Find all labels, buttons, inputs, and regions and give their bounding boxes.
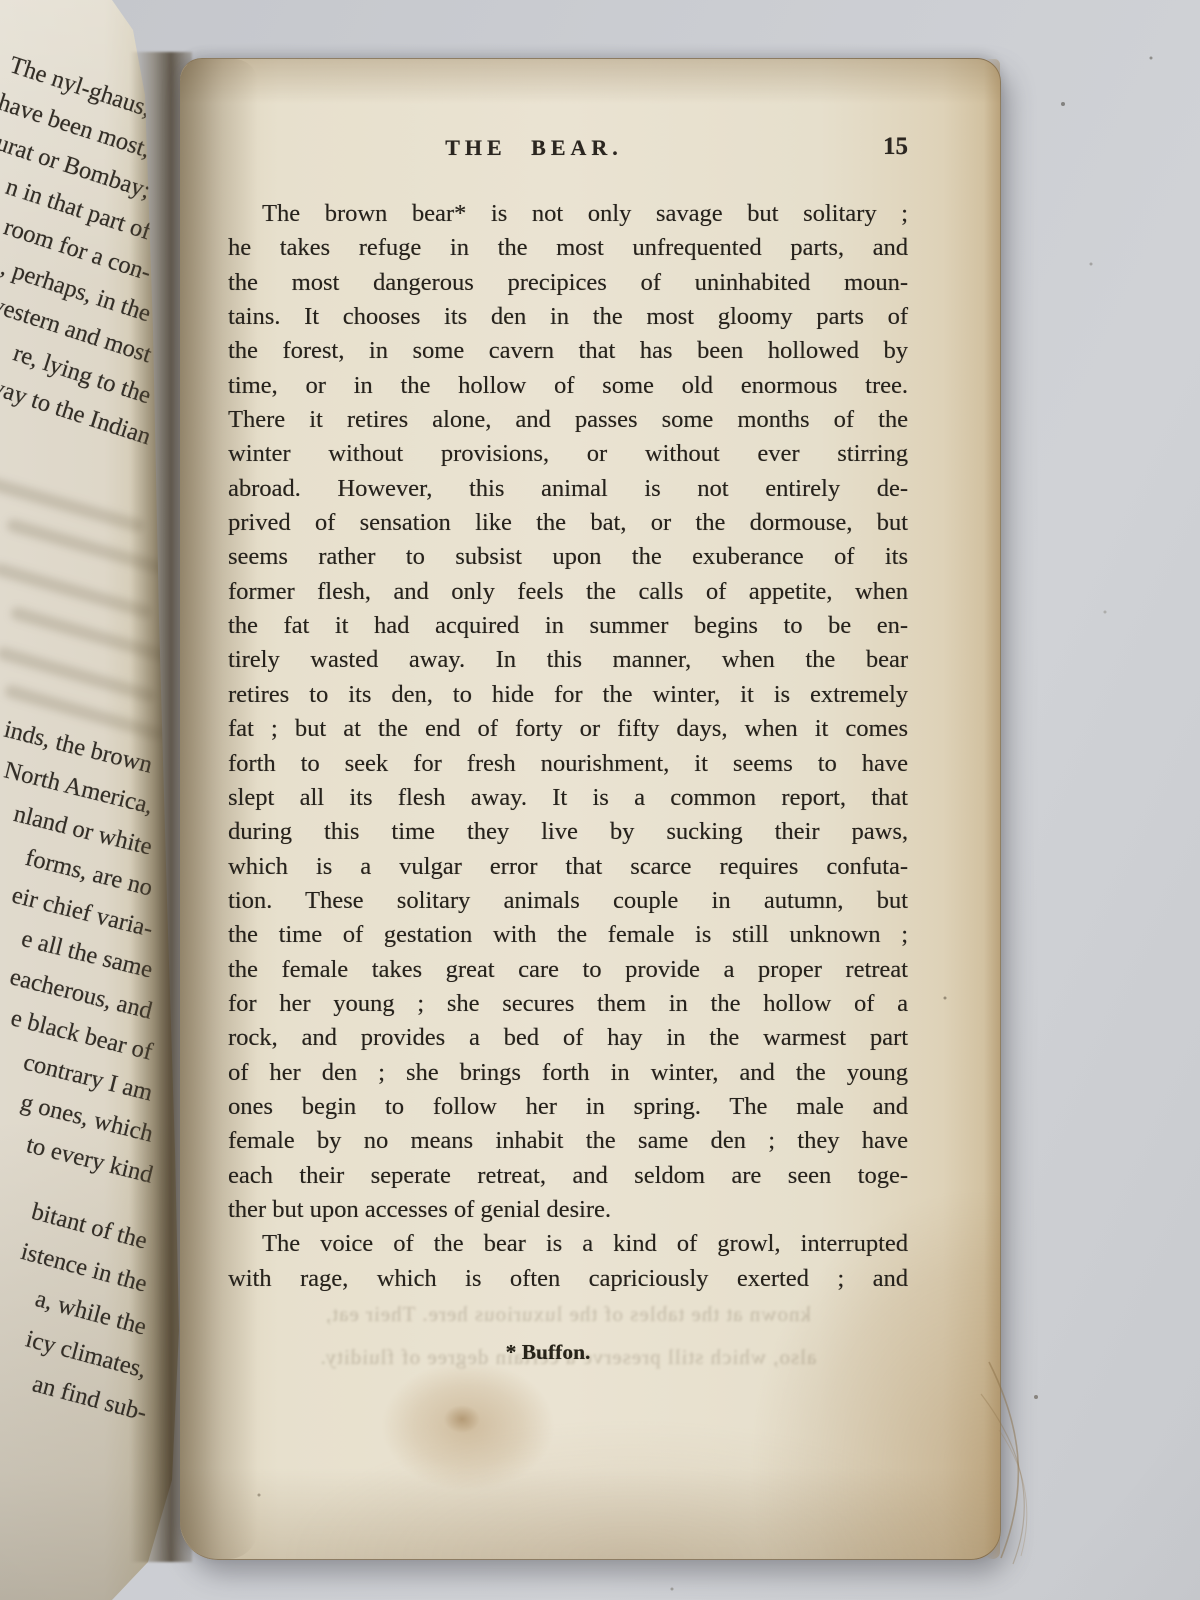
text-line: tains. It chooses its den in the most gl…: [228, 300, 908, 334]
text-line: for her young ; she secures them in the …: [228, 987, 908, 1021]
text-line: the most dangerous precipices of uninhab…: [228, 266, 908, 300]
right-book-page: THE BEAR. 15 The brown bear* is not only…: [180, 58, 1001, 1560]
text-line: The brown bear* is not only savage but s…: [228, 197, 908, 231]
text-line: tion. These solitary animals couple in a…: [228, 884, 908, 918]
body-text: The brown bear* is not only savage but s…: [228, 197, 908, 1296]
text-line: each their seperate retreat, and seldom …: [228, 1159, 908, 1193]
text-line: ther but upon accesses of genial desire.: [228, 1193, 908, 1227]
text-line: the fat it had acquired in summer begins…: [228, 609, 908, 643]
text-line: the time of gestation with the female is…: [228, 918, 908, 952]
text-line: former flesh, and only feels the calls o…: [228, 575, 908, 609]
text-line: abroad. However, this animal is not enti…: [228, 472, 908, 506]
text-line: prived of sensation like the bat, or the…: [228, 506, 908, 540]
text-line: retires to its den, to hide for the wint…: [228, 678, 908, 712]
text-line: slept all its flesh away. It is a common…: [228, 781, 908, 815]
text-line: fat ; but at the end of forty or fifty d…: [228, 712, 908, 746]
text-line: during this time they live by sucking th…: [228, 815, 908, 849]
bleedthrough-line: known at the tables of the luxurious her…: [228, 1302, 908, 1327]
text-line: There it retires alone, and passes some …: [228, 403, 908, 437]
page-number: 15: [883, 133, 908, 161]
text-line: The voice of the bear is a kind of growl…: [228, 1227, 908, 1261]
text-line: winter without provisions, or without ev…: [228, 437, 908, 471]
text-line: forth to seek for fresh nourishment, it …: [228, 747, 908, 781]
running-title: THE BEAR.: [194, 135, 874, 161]
text-line: with rage, which is often capriciously e…: [228, 1262, 908, 1296]
text-line: female by no means inhabit the same den …: [228, 1124, 908, 1158]
text-line: time, or in the hollow of some old enorm…: [228, 369, 908, 403]
text-line: he takes refuge in the most unfrequented…: [228, 231, 908, 265]
text-line: of her den ; she brings forth in winter,…: [228, 1056, 908, 1090]
text-line: tirely wasted away. In this manner, when…: [228, 643, 908, 677]
text-line: seems rather to subsist upon the exubera…: [228, 540, 908, 574]
text-line: which is a vulgar error that scarce requ…: [228, 850, 908, 884]
text-line: the forest, in some cavern that has been…: [228, 334, 908, 368]
page-fore-edge-shading: [984, 59, 1000, 1559]
photo-of-open-book: { "colors":{ "backdrop_gray":"#cbcdd2", …: [0, 0, 1200, 1600]
footnote: * Buffon.: [208, 1340, 888, 1365]
text-line: rock, and provides a bed of hay in the w…: [228, 1021, 908, 1055]
page-curl-lines: [975, 1360, 1115, 1570]
text-line: ones begin to follow her in spring. The …: [228, 1090, 908, 1124]
text-line: the female takes great care to provide a…: [228, 953, 908, 987]
dust-specks: [0, 0, 2, 2]
